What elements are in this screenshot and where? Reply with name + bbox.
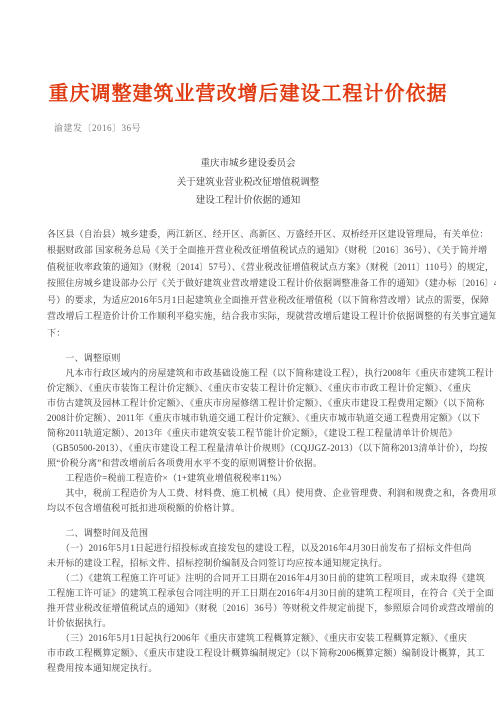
text-line: 照“价税分离”和营改增前后各项费用水平不变的原则调整计价依据。 xyxy=(47,456,449,471)
section-adjustment-principles: 一、调整原则 凡本市行政区域内的房屋建筑和市政基础设施工程（以下简称建设工程），… xyxy=(47,351,449,516)
document-subtitle: 重庆市城乡建设委员会关于建筑业营业税改征增值税调整建设工程计价依据的通知 xyxy=(47,155,449,211)
text-line: 推开营业税改征增值税试点的通知》（财税〔2016〕36号）等财税文件规定前提下，… xyxy=(47,601,449,616)
text-line: 各区县（自治县）城乡建委，两江新区、经开区、高新区、万盛经开区、双桥经开区建设管… xyxy=(47,226,449,243)
text-line: 价定额》、《重庆市装饰工程计价定额》、《重庆市安装工程计价定额》、《重庆市市政工… xyxy=(47,381,449,396)
text-line: 营改增后工程造价计价工作顺利平稳实施，结合我市实际，现就营改增后建设工程计价依据… xyxy=(47,308,449,325)
intro-paragraph: 各区县（自治县）城乡建委，两江新区、经开区、高新区、万盛经开区、双桥经开区建设管… xyxy=(47,226,449,342)
text-line: 号）的要求，为适应2016年5月1日起建筑业全面推开营业税改征增值税（以下简称营… xyxy=(47,292,449,309)
text-line: 工程造价=税前工程造价×（1+建筑业增值税税率11%） xyxy=(47,471,449,486)
text-line: 2008计价定额）、2011年《重庆市城市轨道交通工程计价定额》、《重庆市城市轨… xyxy=(47,411,449,426)
text-line: 其中，税前工程造价为人工费、材料费、施工机械（具）使用费、企业管理费、利润和规费… xyxy=(47,486,449,501)
text-line: 值税征收率政策的通知》（财税〔2014〕57号）、《营业税改征增值税试点方案》（… xyxy=(47,259,449,276)
text-line: （一）2016年5月1日起进行招投标或直接发包的建设工程，以及2016年4月30… xyxy=(47,541,449,556)
document-number: 渝建发〔2016〕36号 xyxy=(54,121,449,134)
text-line: 重庆市城乡建设委员会 xyxy=(47,155,449,174)
text-line: 市市政工程概算定额》、《重庆市建设工程设计概算编制规定》（以下简称2006概算定… xyxy=(47,646,449,661)
section-adjustment-time-scope: 二、调整时间及范围 （一）2016年5月1日起进行招投标或直接发包的建设工程，以… xyxy=(47,526,449,676)
text-line: 计价依据执行。 xyxy=(47,616,449,631)
text-line: 一、调整原则 xyxy=(47,351,449,366)
text-line: （GB50500-2013）、《重庆市建设工程工程量清单计价规则》（CQJJGZ… xyxy=(47,441,449,456)
document-page: 重庆调整建筑业营改增后建设工程计价依据 渝建发〔2016〕36号 重庆市城乡建设… xyxy=(0,0,496,702)
page-title: 重庆调整建筑业营改增后建设工程计价依据 xyxy=(47,82,449,106)
text-line: 凡本市行政区域内的房屋建筑和市政基础设施工程（以下简称建设工程），执行2008年… xyxy=(47,366,449,381)
text-line: 工程施工许可证》的建筑工程承包合同注明的开工日期在2016年4月30日前的建筑工… xyxy=(47,586,449,601)
text-line: 未开标的建设工程，招标文件、招标控制价编制及合同签订均应按本通知规定执行。 xyxy=(47,556,449,571)
text-line: （二）《建筑工程施工许可证》注明的合同开工日期在2016年4月30日前的建筑工程… xyxy=(47,571,449,586)
text-line: 关于建筑业营业税改征增值税调整 xyxy=(47,174,449,193)
text-line: 根据财政部 国家税务总局《关于全面推开营业税改征增值税试点的通知》（财税〔201… xyxy=(47,242,449,259)
text-line: 下： xyxy=(47,325,449,342)
text-line: 建设工程计价依据的通知 xyxy=(47,192,449,211)
text-line: 市仿古建筑及园林工程计价定额》、《重庆市房屋修缮工程计价定额》、《重庆市建设工程… xyxy=(47,396,449,411)
text-line: 均以不包含增值税可抵扣进项税额的价格计算。 xyxy=(47,501,449,516)
text-line: 简称2011轨道定额）、2013年《重庆市建筑安装工程节能计价定额》，《建设工程… xyxy=(47,426,449,441)
text-line: 程费用按本通知规定执行。 xyxy=(47,661,449,676)
text-line: （三）2016年5月1日起执行2006年《重庆市建筑工程概算定额》、《重庆市安装… xyxy=(47,631,449,646)
text-line: 按照住房城乡建设部办公厅《关于做好建筑业营改增建设工程计价依据调整准备工作的通知… xyxy=(47,275,449,292)
text-line: 二、调整时间及范围 xyxy=(47,526,449,541)
